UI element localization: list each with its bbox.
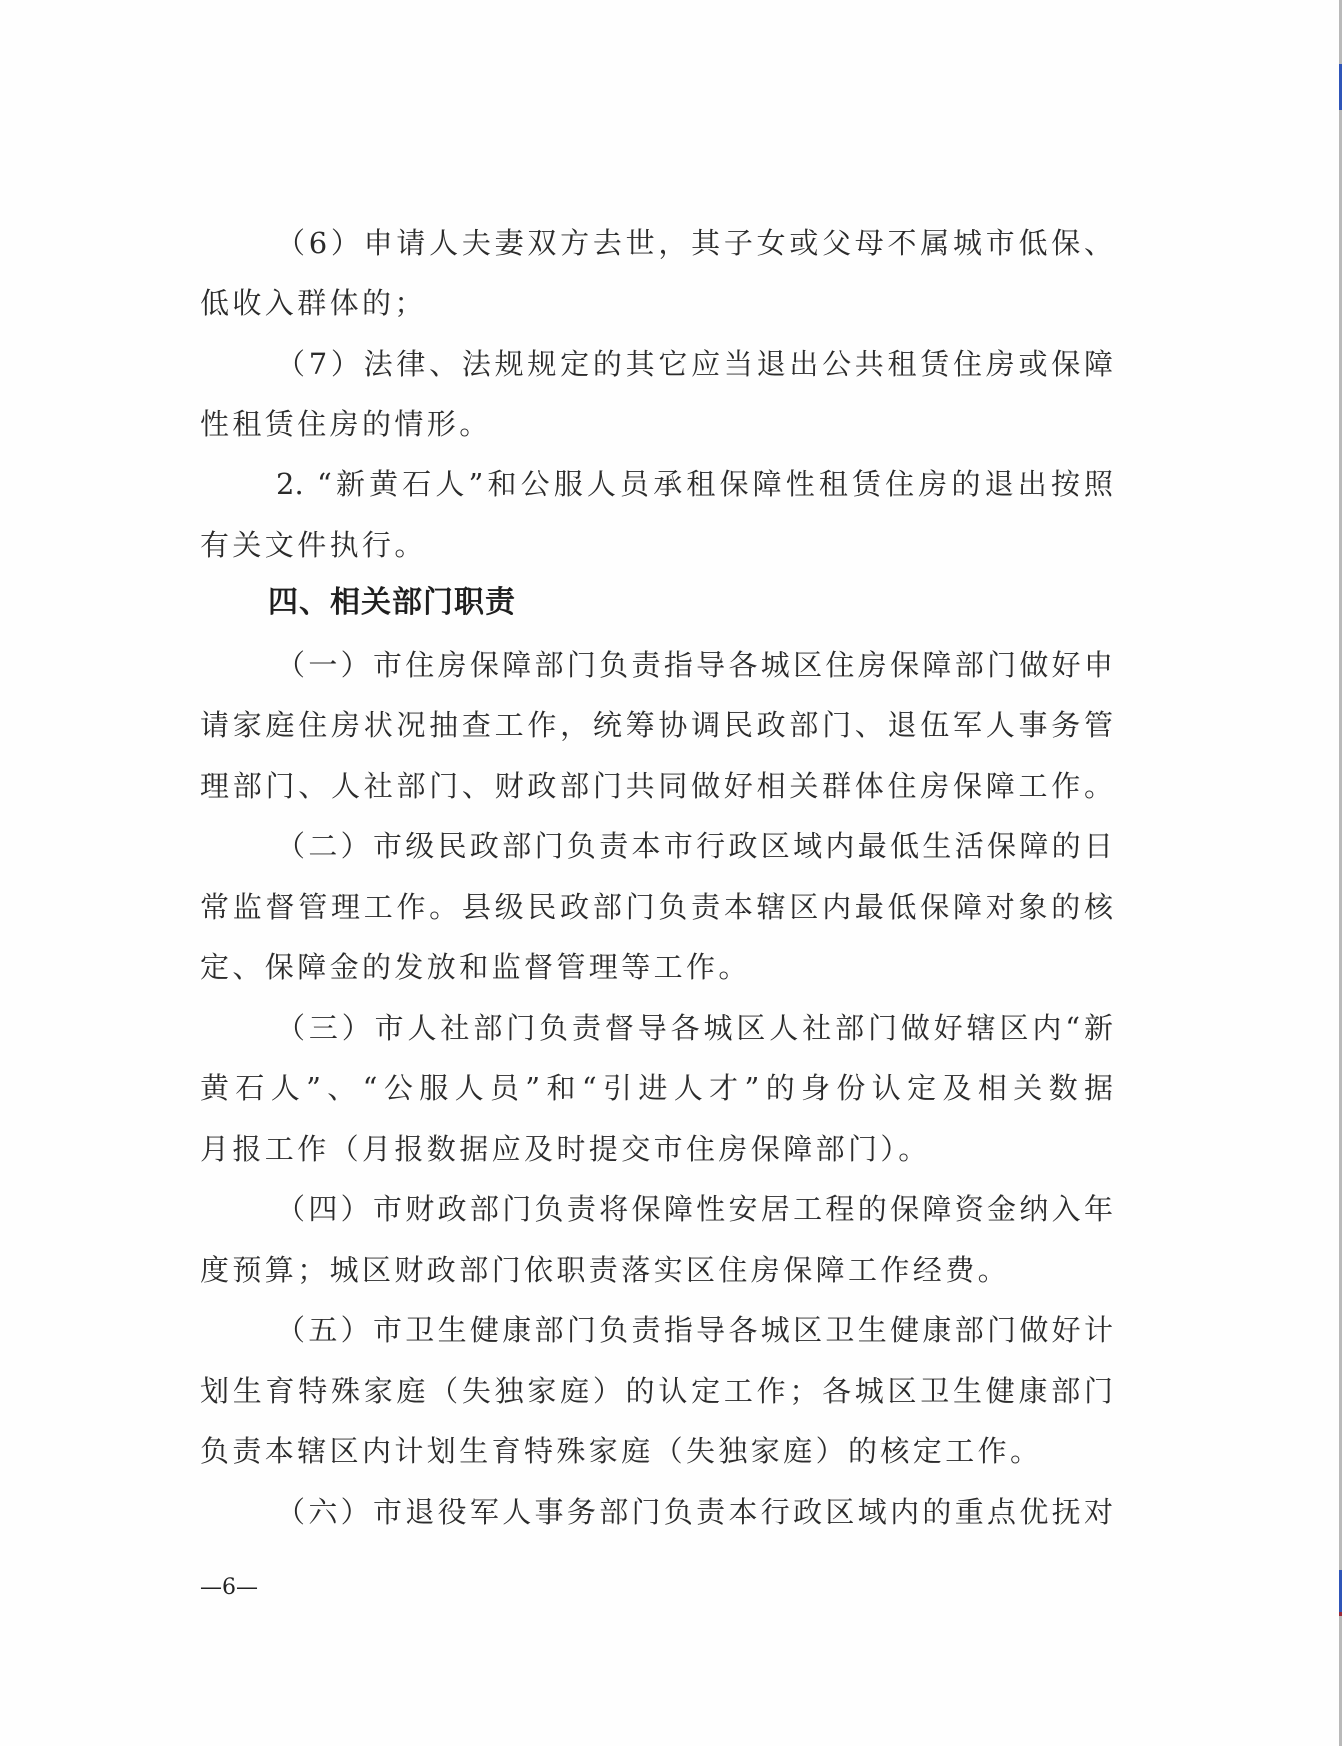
document-page: （6）申请人夫妻双方去世，其子女或父母不属城市低保、 低收入群体的； （7）法律… <box>0 0 1339 1746</box>
text-line-duty-4-cont: 度预算；城区财政部门依职责落实区住房保障工作经费。 <box>200 1250 1113 1290</box>
text-line-item-2: 2. “新黄石人”和公服人员承租保障性租赁住房的退出按照 <box>276 464 1113 504</box>
text-line-7-item: （7）法律、法规规定的其它应当退出公共租赁住房或保障 <box>276 344 1113 384</box>
text-line-duty-3-cont-b: 月报工作（月报数据应及时提交市住房保障部门）。 <box>200 1129 1113 1169</box>
text-line-duty-4: （四）市财政部门负责将保障性安居工程的保障资金纳入年 <box>276 1189 1113 1229</box>
text-line-item-2-cont: 有关文件执行。 <box>200 525 1113 565</box>
text-line-duty-1-cont-a: 请家庭住房状况抽查工作，统筹协调民政部门、退伍军人事务管 <box>200 705 1113 745</box>
text-line-duty-2: （二）市级民政部门负责本市行政区域内最低生活保障的日 <box>276 826 1113 866</box>
text-line-6-item-cont: 低收入群体的； <box>200 283 1113 323</box>
text-line-duty-5-cont-b: 负责本辖区内计划生育特殊家庭（失独家庭）的核定工作。 <box>200 1431 1113 1471</box>
text-line-duty-2-cont-a: 常监督管理工作。县级民政部门负责本辖区内最低保障对象的核 <box>200 887 1113 927</box>
text-line-duty-3-cont-a: 黄石人”、“公服人员”和“引进人才”的身份认定及相关数据 <box>200 1068 1113 1108</box>
text-line-duty-6: （六）市退役军人事务部门负责本行政区域内的重点优抚对 <box>276 1492 1113 1532</box>
text-line-7-item-cont: 性租赁住房的情形。 <box>200 404 1113 444</box>
text-line-duty-3: （三）市人社部门负责督导各城区人社部门做好辖区内“新 <box>276 1008 1113 1048</box>
text-line-duty-5-cont-a: 划生育特殊家庭（失独家庭）的认定工作；各城区卫生健康部门 <box>200 1371 1113 1411</box>
text-line-duty-5: （五）市卫生健康部门负责指导各城区卫生健康部门做好计 <box>276 1310 1113 1350</box>
section-heading: 四、相关部门职责 <box>268 583 516 623</box>
text-line-duty-1-cont-b: 理部门、人社部门、财政部门共同做好相关群体住房保障工作。 <box>200 766 1113 806</box>
text-line-duty-1: （一）市住房保障部门负责指导各城区住房保障部门做好申 <box>276 645 1113 685</box>
text-line-duty-2-cont-b: 定、保障金的发放和监督管理等工作。 <box>200 947 1113 987</box>
page-number: —6— <box>200 1573 258 1603</box>
text-line-6-item: （6）申请人夫妻双方去世，其子女或父母不属城市低保、 <box>276 223 1113 263</box>
